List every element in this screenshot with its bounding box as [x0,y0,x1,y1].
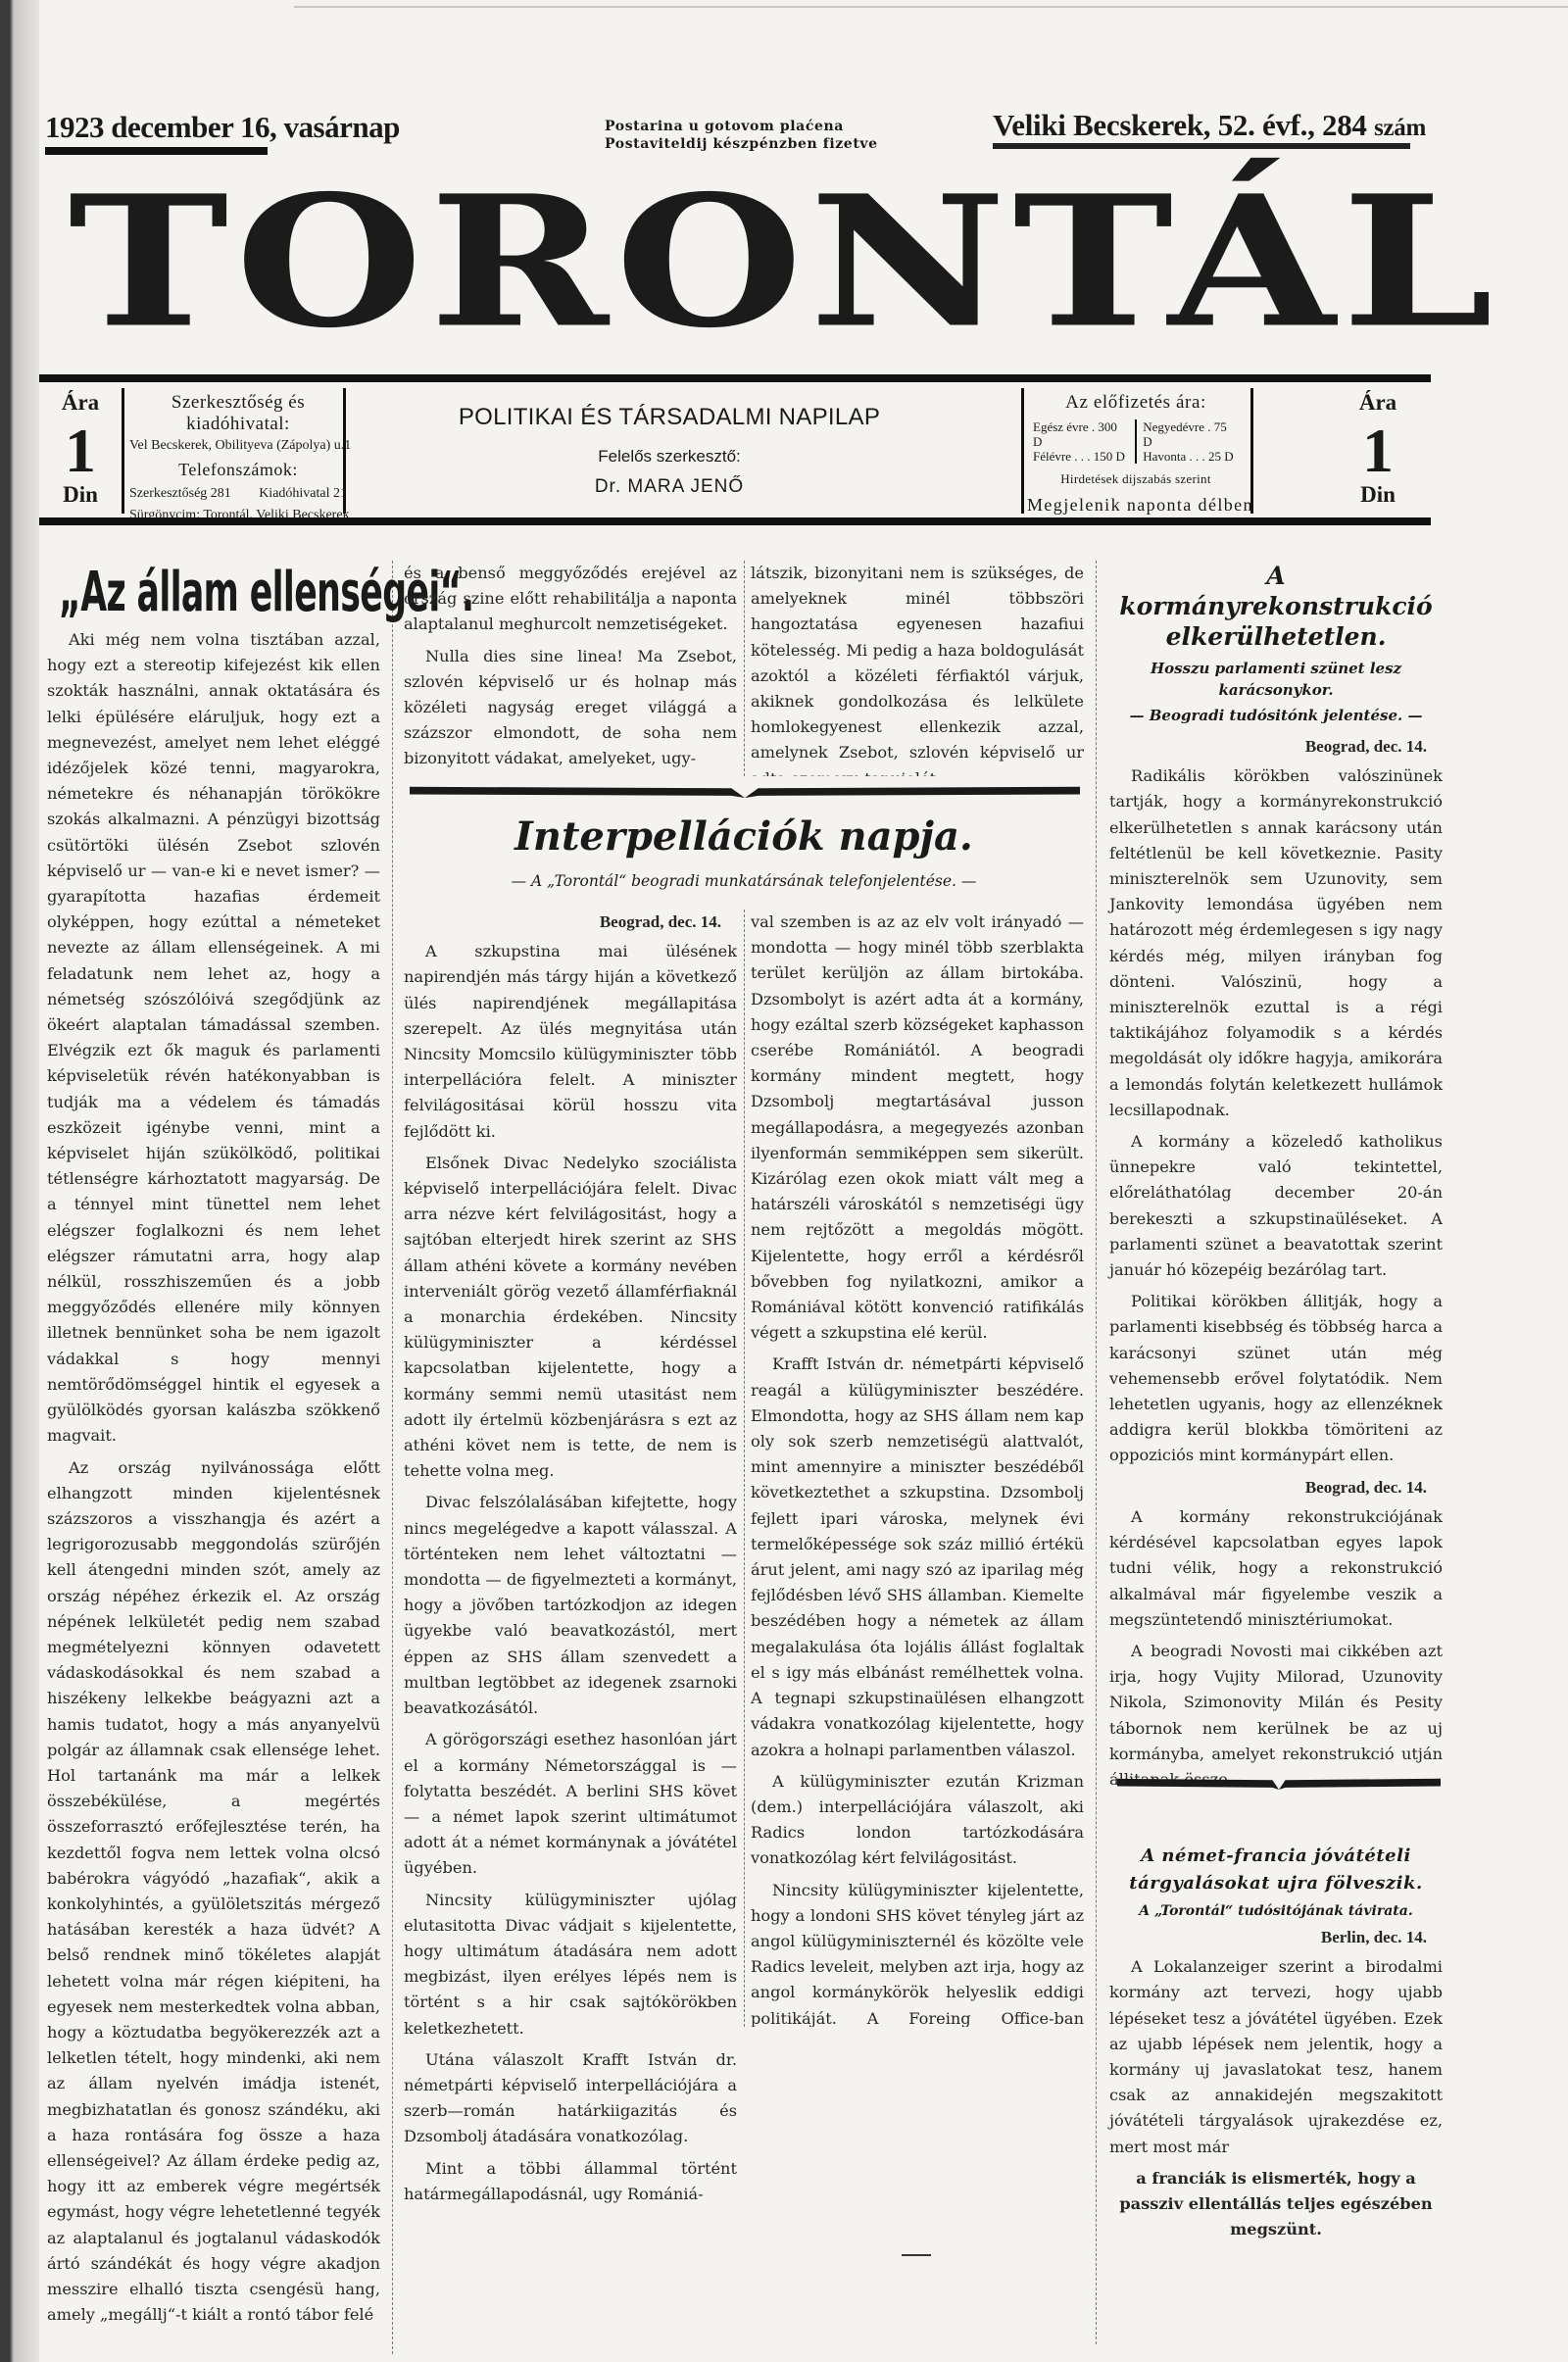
subscription-title: Az előfizetés ára: [1027,392,1245,414]
emphasis-paragraph: a franciák is elismerték, hogy a passziv… [1109,2166,1443,2243]
paragraph: val szemben is az az elv volt irányadó —… [751,910,1084,1346]
newspaper-title: TORONTÁL [29,172,1539,353]
price-value: 1 [45,419,116,482]
subscription-block: Az előfizetés ára: Egész évre . 300 D Fé… [1027,388,1245,516]
masthead: TORONTÁL [98,167,1470,382]
article-headline: A kormányrekonstrukció elkerülhetetlen. [1109,561,1443,652]
paragraph: Nulla dies sine linea! Ma Zsebot, szlové… [404,644,737,772]
article-headline: „Az állam ellenségei“. [59,561,387,625]
article-headline-interpellaciok: Interpellációk napja. [404,813,1084,860]
phone-publishing: Kiadóhivatal 21 [259,486,347,502]
postage-note: Postarina u gotovom plaćena Postaviteldi… [605,118,878,153]
dateline: Beograd, dec. 14. [404,910,737,935]
article-credit: — Beogradi tudósitónk jelentése. — [1109,707,1443,724]
paragraph: A kormány a közeledő katholikus ünnepekr… [1109,1129,1443,1283]
article-column-2: val szemben is az az elv volt irányadó —… [751,910,1084,2027]
publication-note: Megjelenik naponta délben [1027,495,1245,516]
price-label: Ára [45,390,116,416]
subscription-rates: Egész évre . 300 D Félévre . . . 150 D N… [1027,419,1245,464]
phones-title: Telefonszámok: [129,460,347,480]
divider [343,388,346,514]
paragraph: A szkupstina mai ülésének napirendjén má… [404,939,737,1145]
article-jovatetel: A német-francia jóvátételi tárgyalásokat… [1109,1843,1443,2248]
article-end-rule [902,2254,931,2256]
paragraph: Radikális körökben valószinünek tartják,… [1109,763,1443,1123]
column-rule [1096,561,1097,2344]
paragraph: A külügyminiszter ezután Krizman (dem.) … [751,1769,1084,1872]
article-subtitle: Hosszu parlamenti szünet lesz karácsonyk… [1109,658,1443,701]
date-rule [45,147,268,155]
article-body: Berlin, dec. 14. A Lokalanzeiger szerint… [1109,1925,1443,2242]
rate-year: Egész évre . 300 D [1033,419,1129,449]
page-edge-shadow [0,0,39,2362]
band-rule-bottom [39,517,1431,525]
dateline: Beograd, dec. 14. [1109,1475,1443,1501]
paragraph: A beogradi Novosti mai cikkében azt irja… [1109,1639,1443,1793]
paragraph: A kormány rekonstrukciójának kérdésével … [1109,1504,1443,1633]
paragraph: Elsőnek Divac Nedelyko szociálista képvi… [404,1151,737,1485]
paragraph: Mint a többi állammal történt határmegál… [404,2156,737,2207]
paragraph: Nincsity külügyminiszter ujólag elutasit… [404,1888,737,2042]
article-continuation: látszik, bizonyitani nem is szükséges, d… [751,561,1084,776]
phone-editorial: Szerkesztőség 281 [129,486,231,502]
editorial-office: Szerkesztőség és kiadóhivatal: Vel Becsk… [129,388,347,523]
issue-number: Veliki Becskerek, 52. évf., 284 szám [993,108,1426,143]
article-allam-ellensegei: „Az állam ellenségei“. [47,561,380,625]
rate-quarter: Negyedévre . 75 D [1143,419,1239,449]
editor-name: Dr. MARA JENŐ [353,476,986,498]
paragraph: látszik, bizonyitani nem is szükséges, d… [751,561,1084,776]
ornamental-rule [410,784,1080,798]
paragraph: Divac felszólalásában kifejtette, hogy n… [404,1490,737,1721]
article-subtitle: — A „Torontál“ beogradi munkatársának te… [404,872,1084,890]
divider [1250,388,1253,514]
paragraph: Politikai körökben állitják, hogy a parl… [1109,1289,1443,1468]
article-credit: A „Torontál“ tudósitójának távirata. [1109,1903,1443,1919]
paragraph: és a benső meggyőződés erejével az orszá… [404,561,737,638]
divider [122,388,124,514]
paper-tagline: POLITIKAI ÉS TÁRSADALMI NAPILAP [353,404,986,431]
column-rule [744,561,745,776]
rate-half-year: Félévre . . . 150 D [1033,449,1129,464]
paragraph: Nincsity külügyminiszter kijelentette, h… [751,1878,1084,2027]
article-body: Aki még nem volna tisztában azzal, hogy … [47,627,380,2352]
paper-tagline-block: POLITIKAI ÉS TÁRSADALMI NAPILAP Felelős … [353,388,986,498]
postage-line-1: Postarina u gotovom plaćena [605,118,878,135]
top-fold-line [294,6,1568,8]
price-unit: Din [45,482,116,508]
issue-suffix: szám [1374,115,1426,141]
phone-numbers: Szerkesztőség 281 Kiadóhivatal 21 [129,486,347,502]
paragraph: A Lokalanzeiger szerint a birodalmi korm… [1109,1954,1443,2160]
price-label: Ára [1343,390,1413,416]
issue-date: 1923 december 16, vasárnap [45,110,400,145]
band-rule-top [39,374,1431,382]
postage-line-2: Postaviteldij készpénzben fizetve [605,135,878,153]
column-rule [744,910,745,2027]
column-rule [392,561,393,2354]
paragraph: Aki még nem volna tisztában azzal, hogy … [47,627,380,1450]
price-box-right: Ára 1 Din [1343,388,1413,514]
ads-note: Hirdetések dijszabás szerint [1027,471,1245,487]
article-kormanyrekonstrukcio: A kormányrekonstrukció elkerülhetetlen. … [1109,561,1443,1798]
article-headline: A német-francia jóvátételi tárgyalásokat… [1109,1843,1443,1897]
article-continuation: és a benső meggyőződés erejével az orszá… [404,561,737,776]
dateline: Berlin, dec. 14. [1109,1925,1443,1950]
editorial-title: Szerkesztőség és kiadóhivatal: [129,392,347,435]
editor-label: Felelős szerkesztő: [353,447,986,467]
rates-left: Egész évre . 300 D Félévre . . . 150 D [1027,419,1135,464]
price-unit: Din [1343,482,1413,508]
price-value: 1 [1343,419,1413,482]
paragraph: A görögországi esethez hasonlóan járt el… [404,1727,737,1881]
paragraph: Az ország nyilvánossága előtt elhangzott… [47,1455,380,2329]
dateline: Beograd, dec. 14. [1109,734,1443,760]
paragraph: Krafft István dr. németpárti képviselő r… [751,1352,1084,1762]
issue-rule [993,143,1410,149]
paragraph: Utána válaszolt Krafft István dr. németp… [404,2047,737,2150]
issue-place-volume: Veliki Becskerek, 52. évf., 284 [993,108,1367,142]
rate-month: Havonta . . . 25 D [1143,449,1239,464]
article-column-1: Beograd, dec. 14. A szkupstina mai ülésé… [404,910,737,2360]
price-box-left: Ára 1 Din [45,388,116,514]
rates-right: Negyedévre . 75 D Havonta . . . 25 D [1135,419,1245,464]
info-band: Ára 1 Din Szerkesztőség és kiadóhivatal:… [39,374,1431,523]
article-body: Beograd, dec. 14. Radikális körökben val… [1109,734,1443,1793]
editorial-address: Vel Becskerek, Obilityeva (Zápolya) u.1 [129,438,347,454]
divider [1021,388,1024,514]
